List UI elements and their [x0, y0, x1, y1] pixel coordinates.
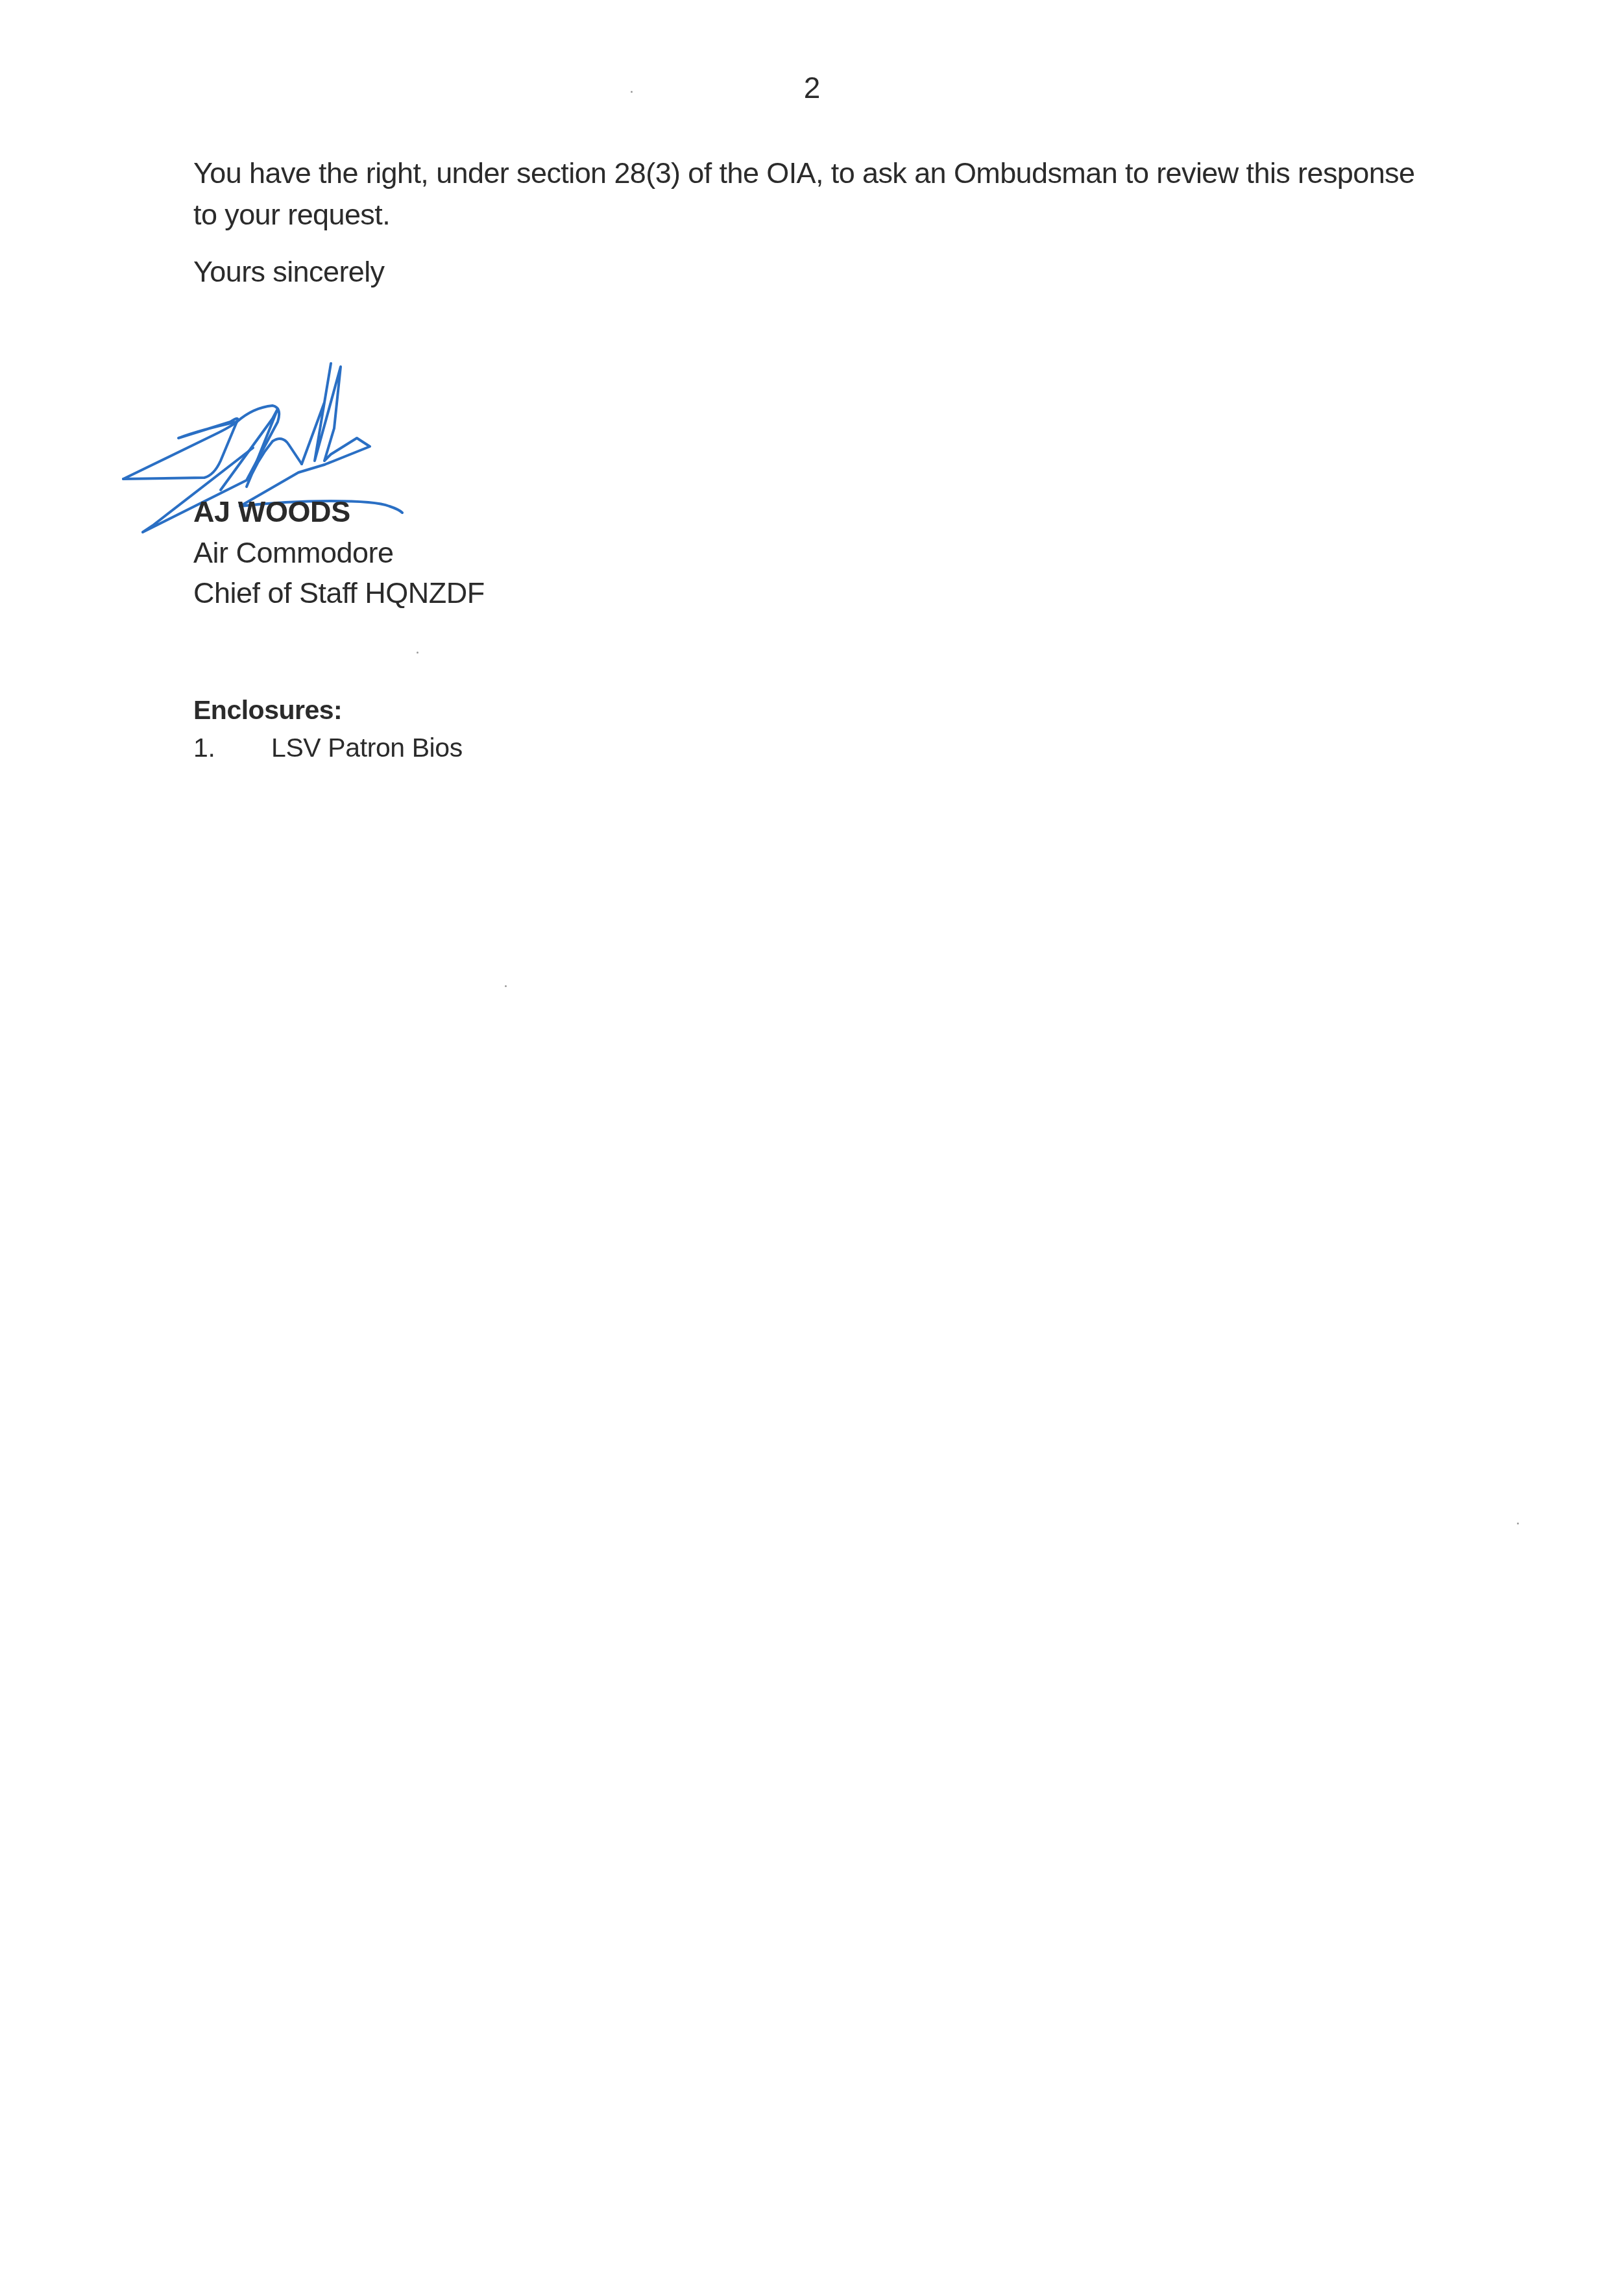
- scan-speck: [631, 91, 633, 93]
- signer-name: AJ WOODS: [193, 491, 350, 533]
- signer-rank: Air Commodore: [193, 532, 394, 574]
- body-paragraph: You have the right, under section 28(3) …: [193, 153, 1426, 236]
- enclosure-title: LSV Patron Bios: [271, 728, 463, 767]
- page-number: 2: [0, 73, 1624, 103]
- signer-role: Chief of Staff HQNZDF: [193, 572, 485, 614]
- enclosures-heading: Enclosures:: [193, 691, 342, 729]
- scan-speck: [1517, 1523, 1519, 1524]
- scan-speck: [505, 985, 507, 987]
- scan-speck: [417, 652, 418, 654]
- closing-salutation: Yours sincerely: [193, 251, 385, 293]
- enclosure-item: 1. LSV Patron Bios: [193, 728, 463, 767]
- enclosure-number: 1.: [193, 728, 271, 767]
